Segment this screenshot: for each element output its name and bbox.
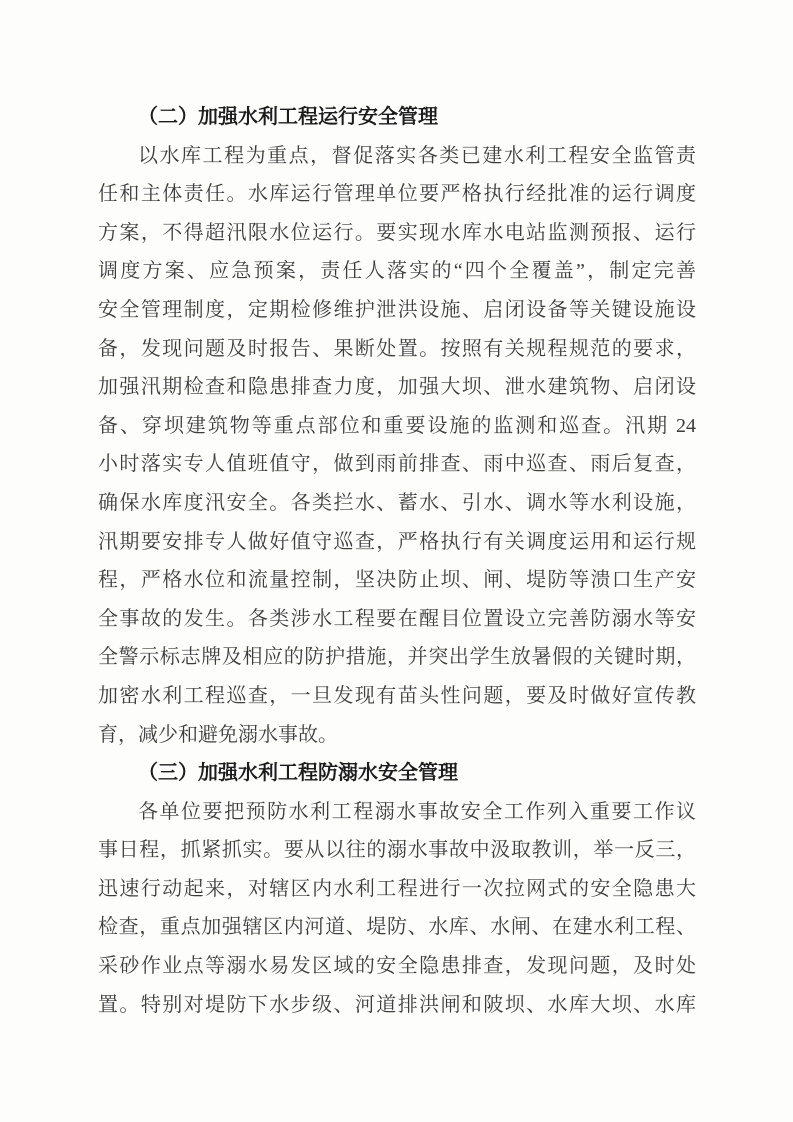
- text-line: 采砂作业点等溺水易发区域的安全隐患排查，发现问题，及时处: [98, 947, 696, 986]
- text-line: 小时落实专人值班值守，做到雨前排查、雨中巡查、雨后复查，: [98, 445, 696, 484]
- text-line: 加强汛期检查和隐患排查力度，加强大坝、泄水建筑物、启闭设: [98, 368, 696, 407]
- text-line: 确保水库度汛安全。各类拦水、蓄水、引水、调水等水利设施，: [98, 484, 696, 523]
- text-line: 程，严格水位和流量控制，坚决防止坝、闸、堤防等溃口生产安: [98, 561, 696, 600]
- text-line: 调度方案、应急预案，责任人落实的“四个全覆盖”，制定完善: [98, 252, 696, 291]
- document-text-block: （二）加强水利工程运行安全管理以水库工程为重点，督促落实各类已建水利工程安全监管…: [98, 98, 696, 1024]
- document-page: （二）加强水利工程运行安全管理以水库工程为重点，督促落实各类已建水利工程安全监管…: [0, 0, 793, 1122]
- text-line: 各单位要把预防水利工程溺水事故安全工作列入重要工作议: [98, 793, 696, 832]
- text-line: 检查，重点加强辖区内河道、堤防、水库、水闸、在建水利工程、: [98, 908, 696, 947]
- text-line: 事日程，抓紧抓实。要从以往的溺水事故中汲取教训，举一反三，: [98, 831, 696, 870]
- text-line: 育，减少和避免溺水事故。: [98, 716, 696, 755]
- text-line: 备、穿坝建筑物等重点部位和重要设施的监测和巡查。汛期 24: [98, 407, 696, 446]
- text-line: 任和主体责任。水库运行管理单位要严格执行经批准的运行调度: [98, 175, 696, 214]
- text-line: 加密水利工程巡查，一旦发现有苗头性问题，要及时做好宣传教: [98, 677, 696, 716]
- text-line: 全警示标志牌及相应的防护措施，并突出学生放暑假的关键时期，: [98, 638, 696, 677]
- text-line: 备，发现问题及时报告、果断处置。按照有关规程规范的要求，: [98, 330, 696, 369]
- text-line: 全事故的发生。各类涉水工程要在醒目位置设立完善防溺水等安: [98, 600, 696, 639]
- text-line: 置。特别对堤防下水步级、河道排洪闸和陂坝、水库大坝、水库: [98, 986, 696, 1025]
- text-line: 安全管理制度，定期检修维护泄洪设施、启闭设备等关键设施设: [98, 291, 696, 330]
- text-line: 方案，不得超汛限水位运行。要实现水库水电站监测预报、运行: [98, 214, 696, 253]
- text-line: 迅速行动起来，对辖区内水利工程进行一次拉网式的安全隐患大: [98, 870, 696, 909]
- text-line: 以水库工程为重点，督促落实各类已建水利工程安全监管责: [98, 137, 696, 176]
- section-heading: （二）加强水利工程运行安全管理: [98, 98, 696, 137]
- section-heading: （三）加强水利工程防溺水安全管理: [98, 754, 696, 793]
- text-line: 汛期要安排专人做好值守巡查，严格执行有关调度运用和运行规: [98, 523, 696, 562]
